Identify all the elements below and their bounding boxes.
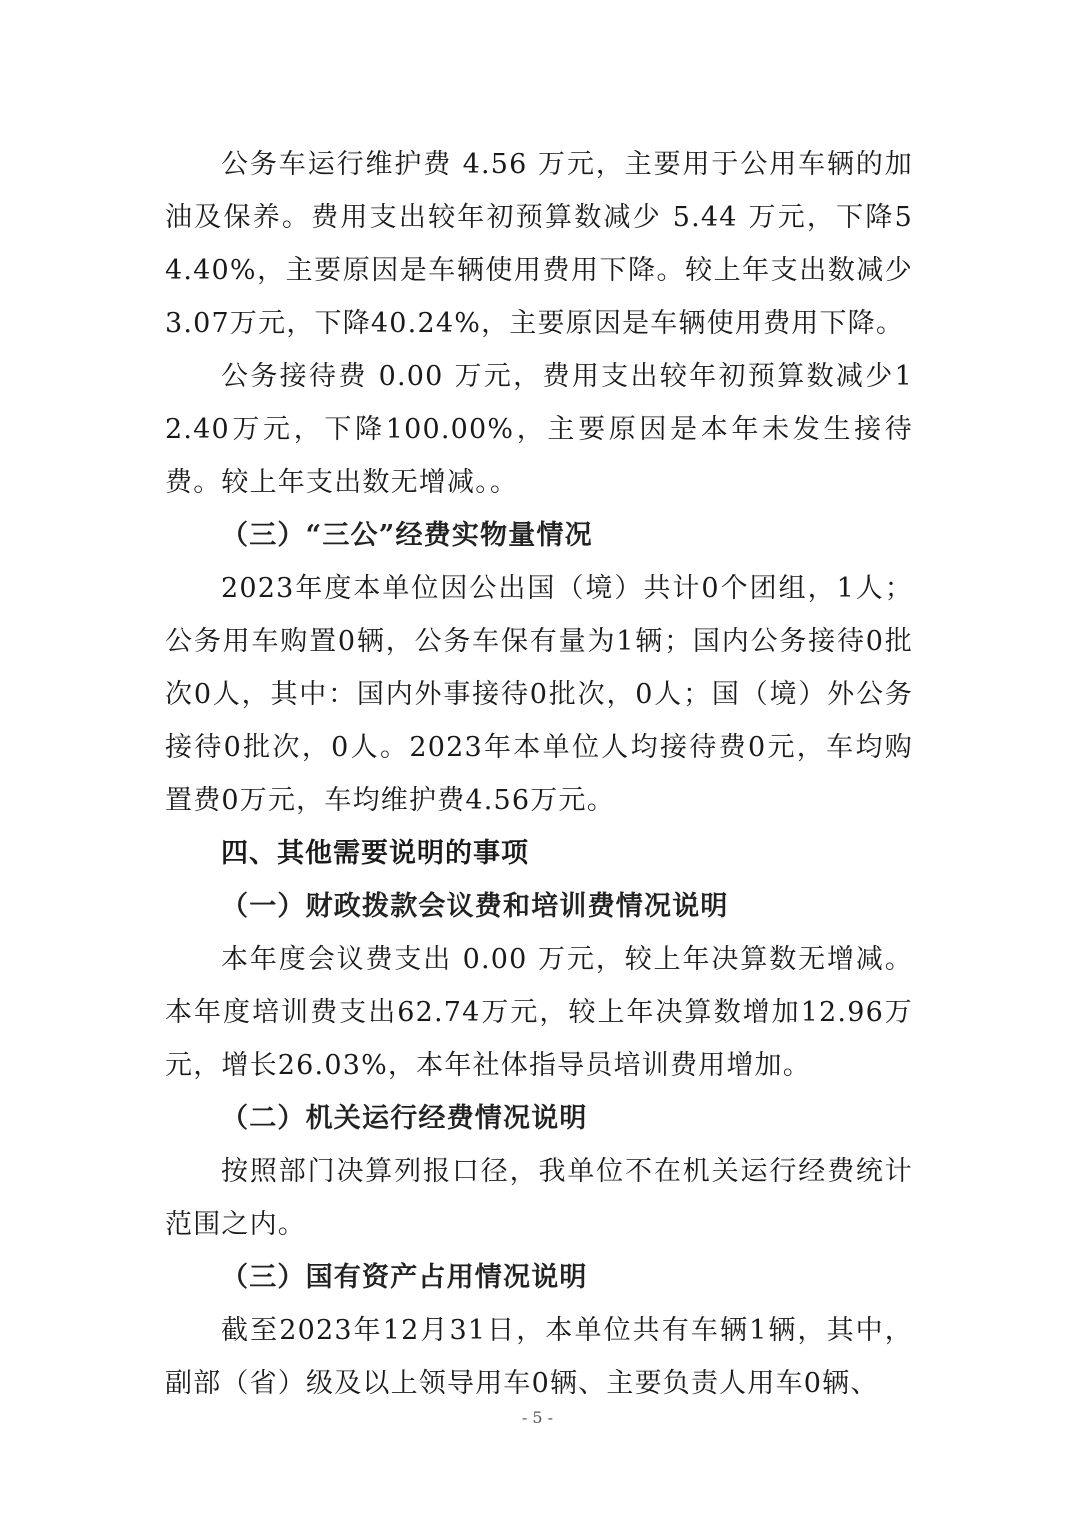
paragraph-reception-expense: 公务接待费 0.00 万元，费用支出较年初预算数减少12.40万元，下降100.… [165,350,913,509]
document-page: 公务车运行维护费 4.56 万元，主要用于公用车辆的加油及保养。费用支出较年初预… [165,138,913,1410]
heading-other-matters: 四、其他需要说明的事项 [165,827,913,880]
paragraph-operating-funds: 按照部门决算列报口径，我单位不在机关运行经费统计范围之内。 [165,1145,913,1251]
paragraph-meeting-training-fees: 本年度会议费支出 0.00 万元，较上年决算数无增减。本年度培训费支出62.74… [165,933,913,1092]
paragraph-physical-quantities: 2023年度本单位因公出国（境）共计0个团组，1人；公务用车购置0辆，公务车保有… [165,562,913,827]
subheading-meeting-training-fees: （一）财政拨款会议费和培训费情况说明 [165,880,913,933]
paragraph-vehicle-maintenance: 公务车运行维护费 4.56 万元，主要用于公用车辆的加油及保养。费用支出较年初预… [165,138,913,350]
subheading-operating-funds: （二）机关运行经费情况说明 [165,1092,913,1145]
subheading-three-public-quantities: （三）“三公”经费实物量情况 [165,509,913,562]
paragraph-state-assets: 截至2023年12月31日，本单位共有车辆1辆，其中，副部（省）级及以上领导用车… [165,1304,913,1410]
page-number: - 5 - [0,1408,1075,1427]
subheading-state-assets: （三）国有资产占用情况说明 [165,1251,913,1304]
